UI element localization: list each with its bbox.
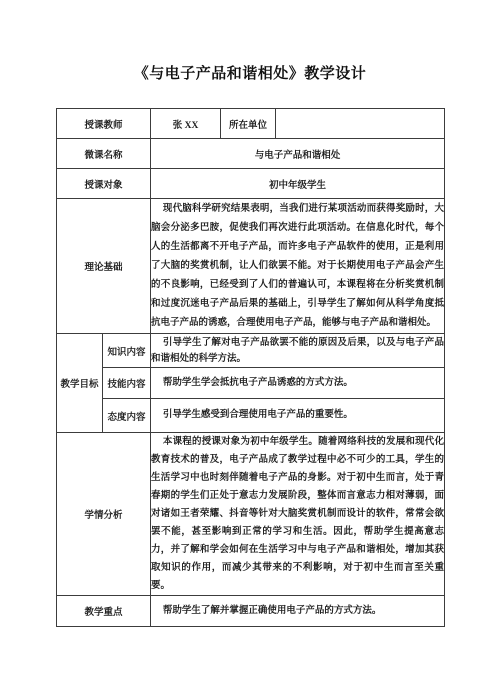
table-row-teacher: 授课教师 张 XX 所在单位	[57, 109, 445, 139]
skill-text: 帮助学生学会抵抗电子产品诱惑的方式方法。	[151, 368, 445, 399]
course-name-value: 与电子产品和谐相处	[151, 139, 445, 169]
theory-text: 现代脑科学研究结果表明，当我们进行某项活动而获得奖励时，大脑会分泌多巴胺，促使我…	[151, 199, 445, 334]
table-row-analysis: 学情分析 本课程的授课对象为初中年级学生。随着网络科技的发展和现代化教育技术的普…	[57, 433, 445, 596]
table-row-objective-attitude: 态度内容 引导学生感受到合理使用电子产品的重要性。	[57, 399, 445, 433]
table-row-objective-skill: 技能内容 帮助学生学会抵抗电子产品诱惑的方式方法。	[57, 368, 445, 399]
audience-value: 初中年级学生	[151, 169, 445, 199]
attitude-text: 引导学生感受到合理使用电子产品的重要性。	[151, 399, 445, 433]
focus-text: 帮助学生了解并掌握正确使用电子产品的方式方法。	[151, 596, 445, 627]
course-name-label: 微课名称	[57, 139, 151, 169]
analysis-text: 本课程的授课对象为初中年级学生。随着网络科技的发展和现代化教育技术的普及，电子产…	[151, 433, 445, 596]
table-row-audience: 授课对象 初中年级学生	[57, 169, 445, 199]
teacher-label: 授课教师	[57, 109, 151, 139]
theory-label: 理论基础	[57, 199, 151, 334]
audience-label: 授课对象	[57, 169, 151, 199]
table-row-course-name: 微课名称 与电子产品和谐相处	[57, 139, 445, 169]
knowledge-text: 引导学生了解对电子产品欲罢不能的原因及后果，以及与电子产品和谐相处的科学方法。	[151, 334, 445, 368]
unit-value	[276, 109, 445, 139]
table-row-focus: 教学重点 帮助学生了解并掌握正确使用电子产品的方式方法。	[57, 596, 445, 627]
page-title: 《与电子产品和谐相处》教学设计	[0, 62, 500, 83]
attitude-label: 态度内容	[103, 399, 151, 433]
focus-label: 教学重点	[57, 596, 151, 627]
teaching-design-table: 授课教师 张 XX 所在单位 微课名称 与电子产品和谐相处 授课对象 初中年级学…	[56, 108, 445, 627]
skill-label: 技能内容	[103, 368, 151, 399]
knowledge-label: 知识内容	[103, 334, 151, 368]
unit-label: 所在单位	[221, 109, 276, 139]
analysis-label: 学情分析	[57, 433, 151, 596]
teacher-name: 张 XX	[151, 109, 221, 139]
objectives-label: 教学目标	[57, 334, 103, 433]
table-row-objective-knowledge: 教学目标 知识内容 引导学生了解对电子产品欲罢不能的原因及后果，以及与电子产品和…	[57, 334, 445, 368]
table-row-theory: 理论基础 现代脑科学研究结果表明，当我们进行某项活动而获得奖励时，大脑会分泌多巴…	[57, 199, 445, 334]
